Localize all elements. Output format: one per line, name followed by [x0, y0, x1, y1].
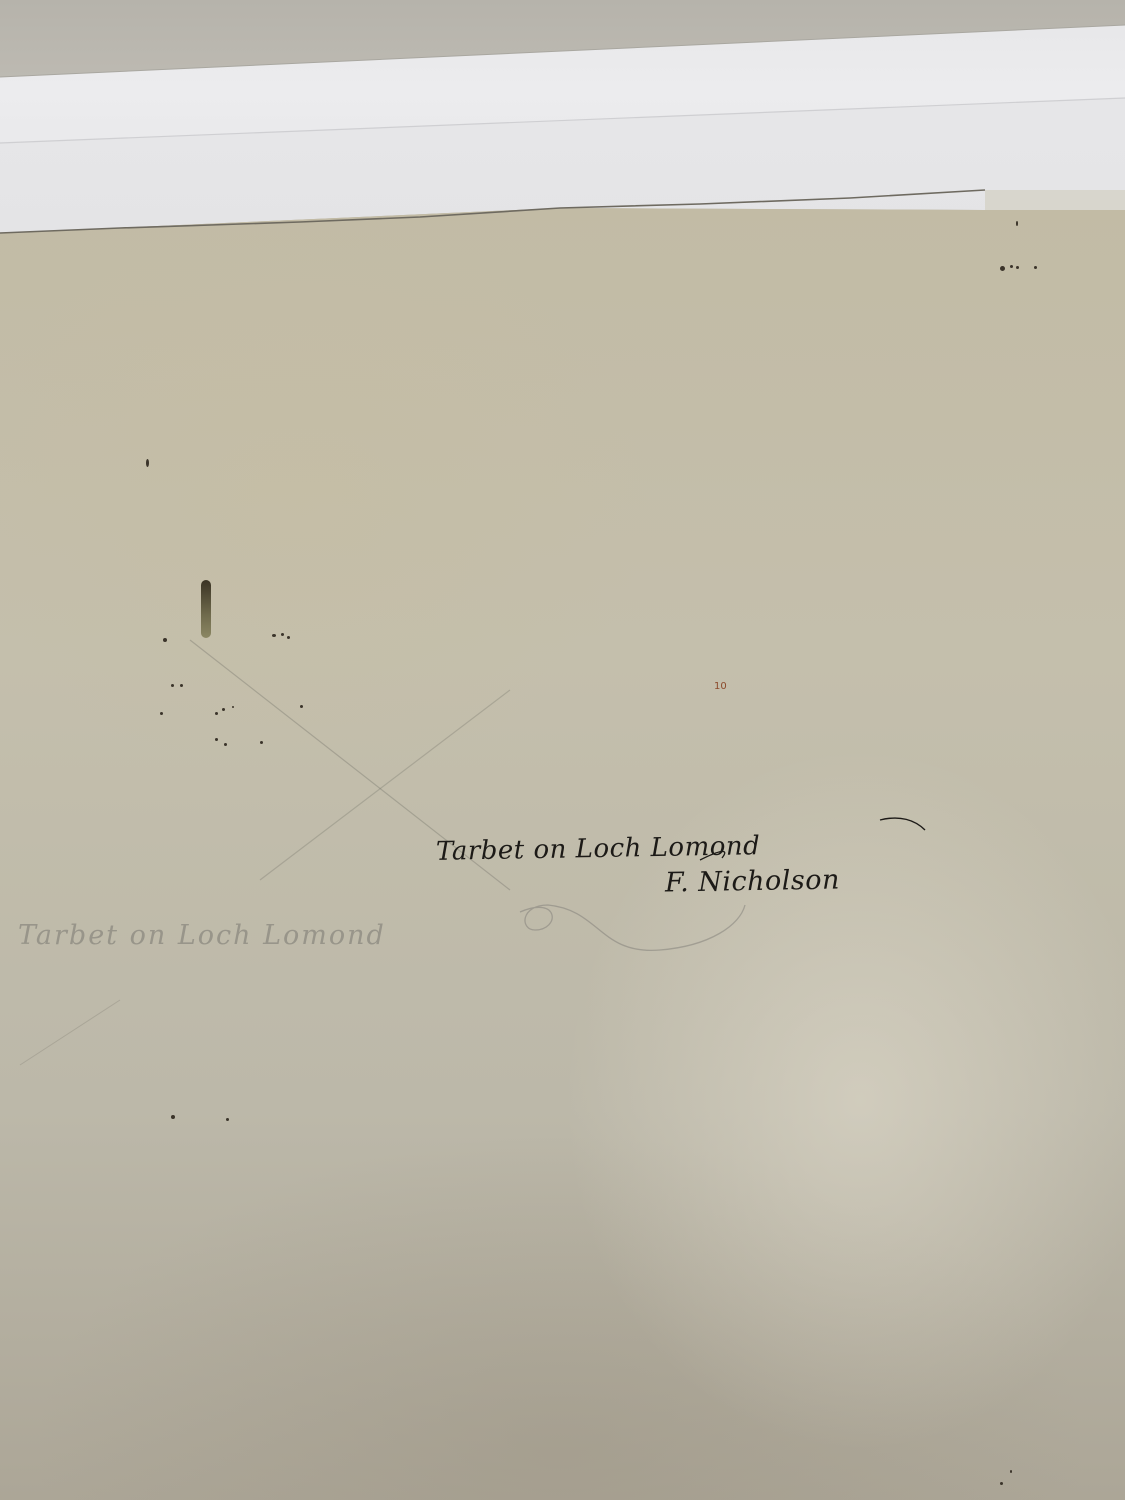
foxing-spot: [215, 738, 218, 741]
foxing-spot: [287, 636, 290, 639]
foxing-spot: [1010, 1470, 1012, 1473]
foxing-spot: [1016, 266, 1019, 269]
pencil-inscription-title: Tarbet on Loch Lomond: [18, 920, 386, 951]
foxing-spot: [300, 705, 303, 708]
foxing-spot: [281, 633, 284, 636]
paper-details: [0, 0, 1125, 1500]
foxing-spot: [232, 706, 234, 708]
foxing-spot: [171, 684, 174, 687]
foxing-spot: [1016, 221, 1018, 226]
ink-inscription-artist: F. Nicholson: [665, 864, 840, 898]
ink-inscription-title: Tarbet on Loch Lomond: [436, 831, 761, 867]
foxing-spot: [180, 684, 183, 687]
foxing-spot: [224, 743, 227, 746]
foxing-spot: [260, 741, 263, 744]
ink-smear: [201, 580, 211, 638]
foxing-spot: [1010, 265, 1013, 268]
red-mark: 10: [714, 681, 727, 692]
foxing-spot: [163, 638, 167, 642]
foxing-spot: [215, 712, 218, 715]
photo-scene: 10 Tarbet on Loch Lomond F. Nicholson Ta…: [0, 0, 1125, 1500]
foxing-spot: [272, 634, 276, 637]
foxing-spot: [171, 1115, 175, 1119]
foxing-spot: [146, 459, 149, 467]
foxing-spot: [160, 712, 163, 715]
foxing-spot: [1000, 266, 1005, 271]
foxing-spot: [226, 1118, 229, 1121]
foxing-spot: [1000, 1482, 1003, 1485]
foxing-spot: [1034, 266, 1037, 269]
foxing-spot: [222, 708, 225, 711]
